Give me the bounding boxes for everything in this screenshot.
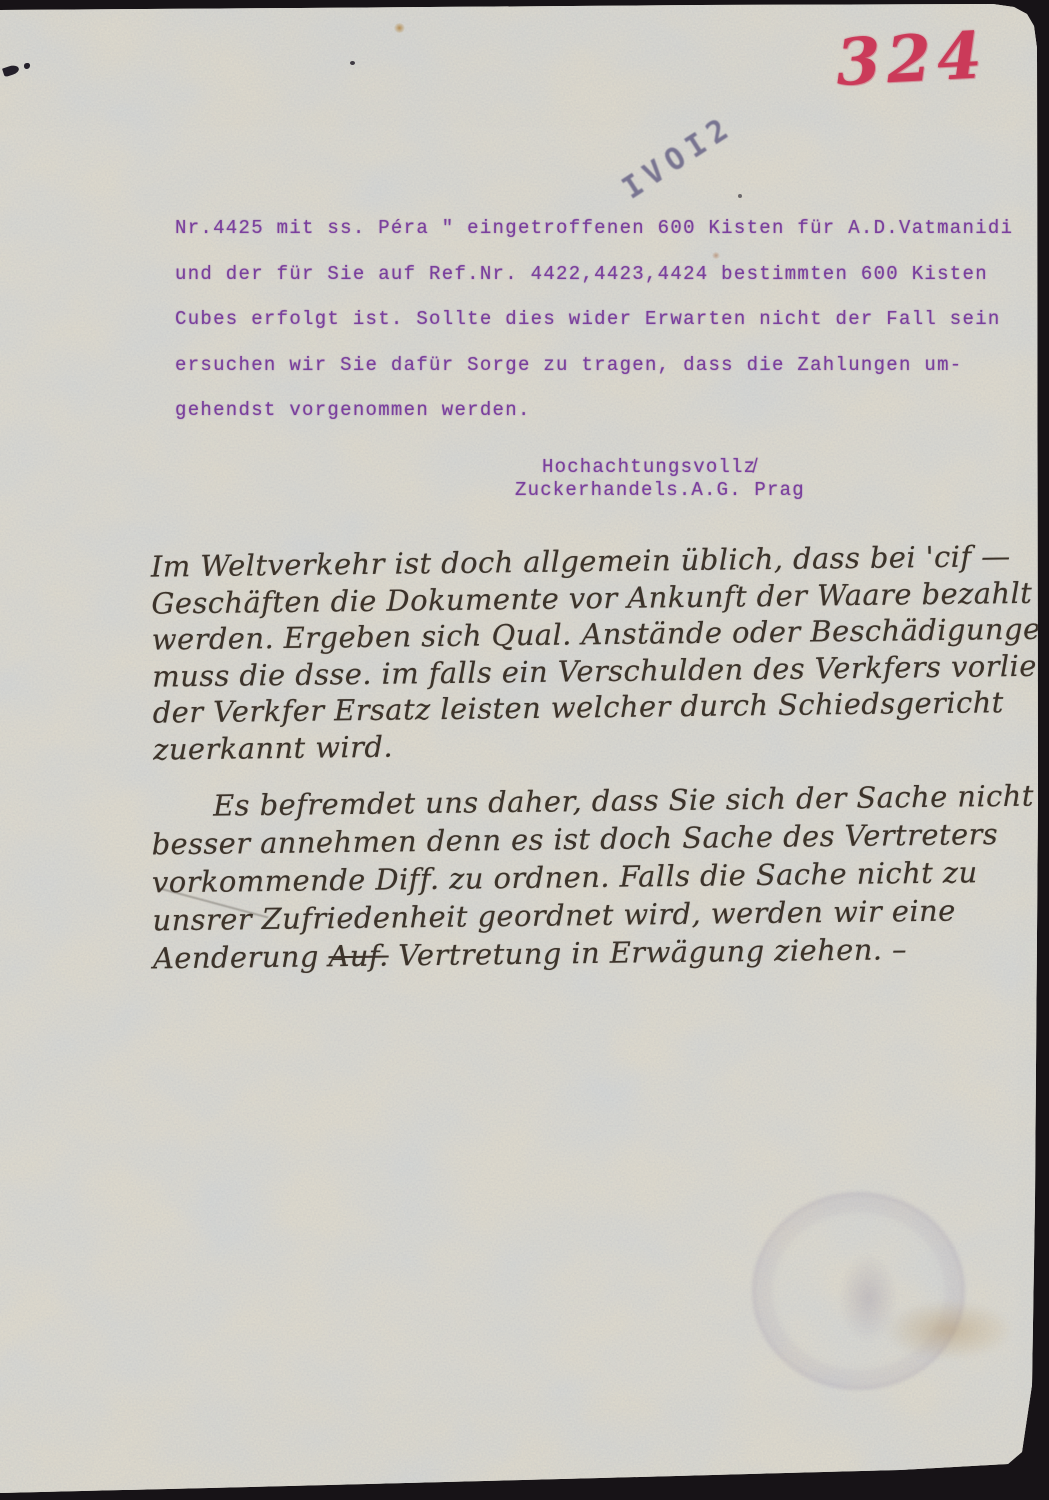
typed-line: gehendst vorgenommen werden.: [175, 388, 1035, 434]
faint-round-stamp: [752, 1192, 965, 1390]
typed-line: Cubes erfolgt ist. Sollte dies wider Erw…: [175, 297, 1035, 343]
typed-letter-body: Nr.4425 mit ss. Péra " eingetroffenen 60…: [175, 206, 1035, 434]
company-signature: Zuckerhandels.A.G. Prag: [515, 479, 805, 502]
ink-speck: [350, 61, 355, 65]
scanned-letter-page: 324 IVOI2 Nr.4425 mit ss. Péra " eingetr…: [0, 0, 1049, 1500]
typed-line: ersuchen wir Sie dafür Sorge zu tragen, …: [175, 343, 1035, 389]
handwritten-text: Aenderung: [153, 939, 329, 975]
closing-line: Hochachtungsvollz̸: [542, 456, 805, 479]
rust-stain: [394, 23, 405, 33]
archival-page-number: 324: [834, 18, 989, 101]
letter-signoff: Hochachtungsvollz̸ Zuckerhandels.A.G. Pr…: [542, 456, 805, 502]
typed-line: Nr.4425 mit ss. Péra " eingetroffenen 60…: [175, 206, 1035, 252]
brown-smudge: [883, 1300, 1013, 1360]
ink-speck: [738, 194, 742, 198]
handwritten-note-paragraph-1: Im Weltverkehr ist doch allgemein üblich…: [151, 537, 1049, 767]
struck-out-word: Auf.: [328, 939, 389, 974]
typed-line: und der für Sie auf Ref.Nr. 4422,4423,44…: [175, 252, 1035, 298]
handwritten-text: Vertretung in Erwägung ziehen. –: [388, 932, 907, 972]
handwritten-note-paragraph-2: Es befremdet uns daher, dass Sie sich de…: [151, 777, 1036, 978]
paper-sheet: 324 IVOI2 Nr.4425 mit ss. Péra " eingetr…: [0, 0, 1049, 1500]
